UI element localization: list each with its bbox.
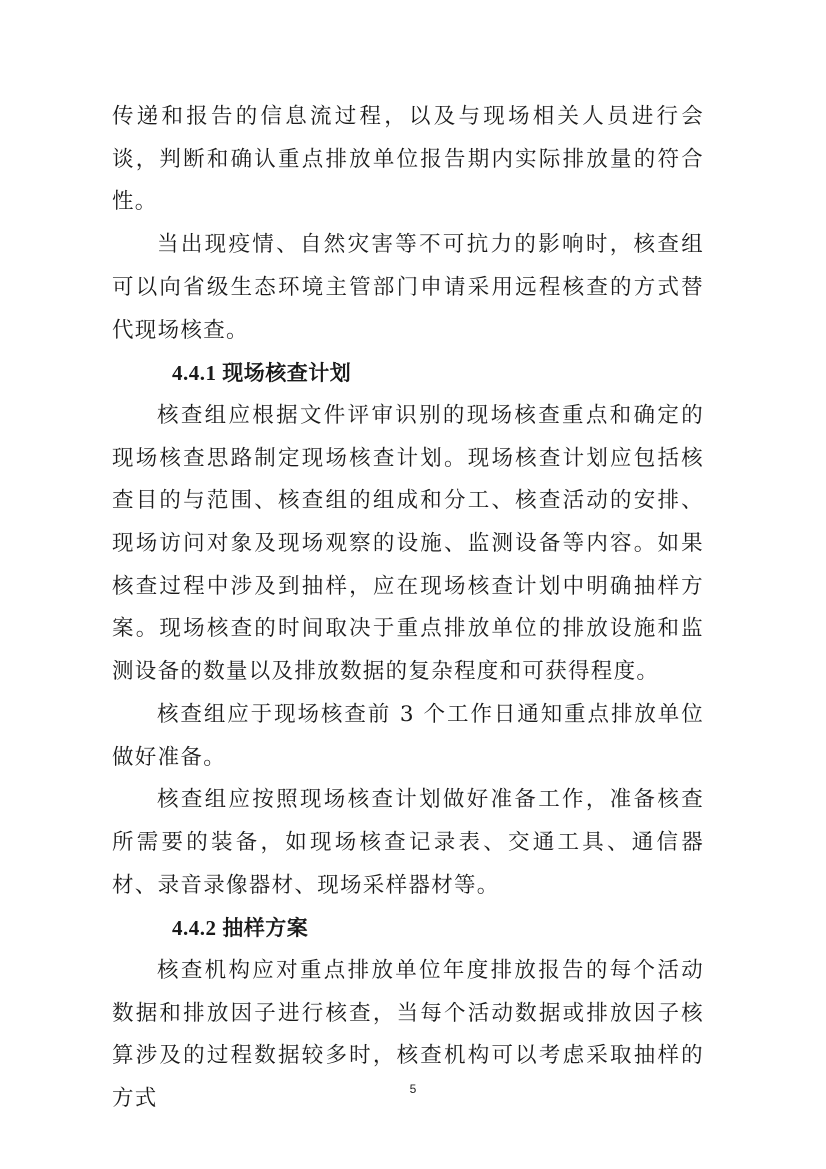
paragraph-preparation: 核查组应按照现场核查计划做好准备工作，准备核查所需要的装备，如现场核查记录表、交… (112, 779, 704, 907)
heading-4-4-2: 4.4.2 抽样方案 (112, 907, 704, 950)
paragraph-verification-plan: 核查组应根据文件评审识别的现场核查重点和确定的现场核查思路制定现场核查计划。现场… (112, 395, 704, 694)
paragraph-notice: 核查组应于现场核查前 3 个工作日通知重点排放单位做好准备。 (112, 694, 704, 779)
heading-4-4-1: 4.4.1 现场核查计划 (112, 352, 704, 395)
page-number: 5 (0, 1082, 826, 1096)
paragraph-info-flow: 传递和报告的信息流过程，以及与现场相关人员进行会谈，判断和确认重点排放单位报告期… (112, 96, 704, 224)
paragraph-remote-verification: 当出现疫情、自然灾害等不可抗力的影响时，核查组可以向省级生态环境主管部门申请采用… (112, 224, 704, 352)
document-page: 传递和报告的信息流过程，以及与现场相关人员进行会谈，判断和确认重点排放单位报告期… (0, 0, 826, 1169)
page-body: 传递和报告的信息流过程，以及与现场相关人员进行会谈，判断和确认重点排放单位报告期… (112, 96, 704, 1121)
